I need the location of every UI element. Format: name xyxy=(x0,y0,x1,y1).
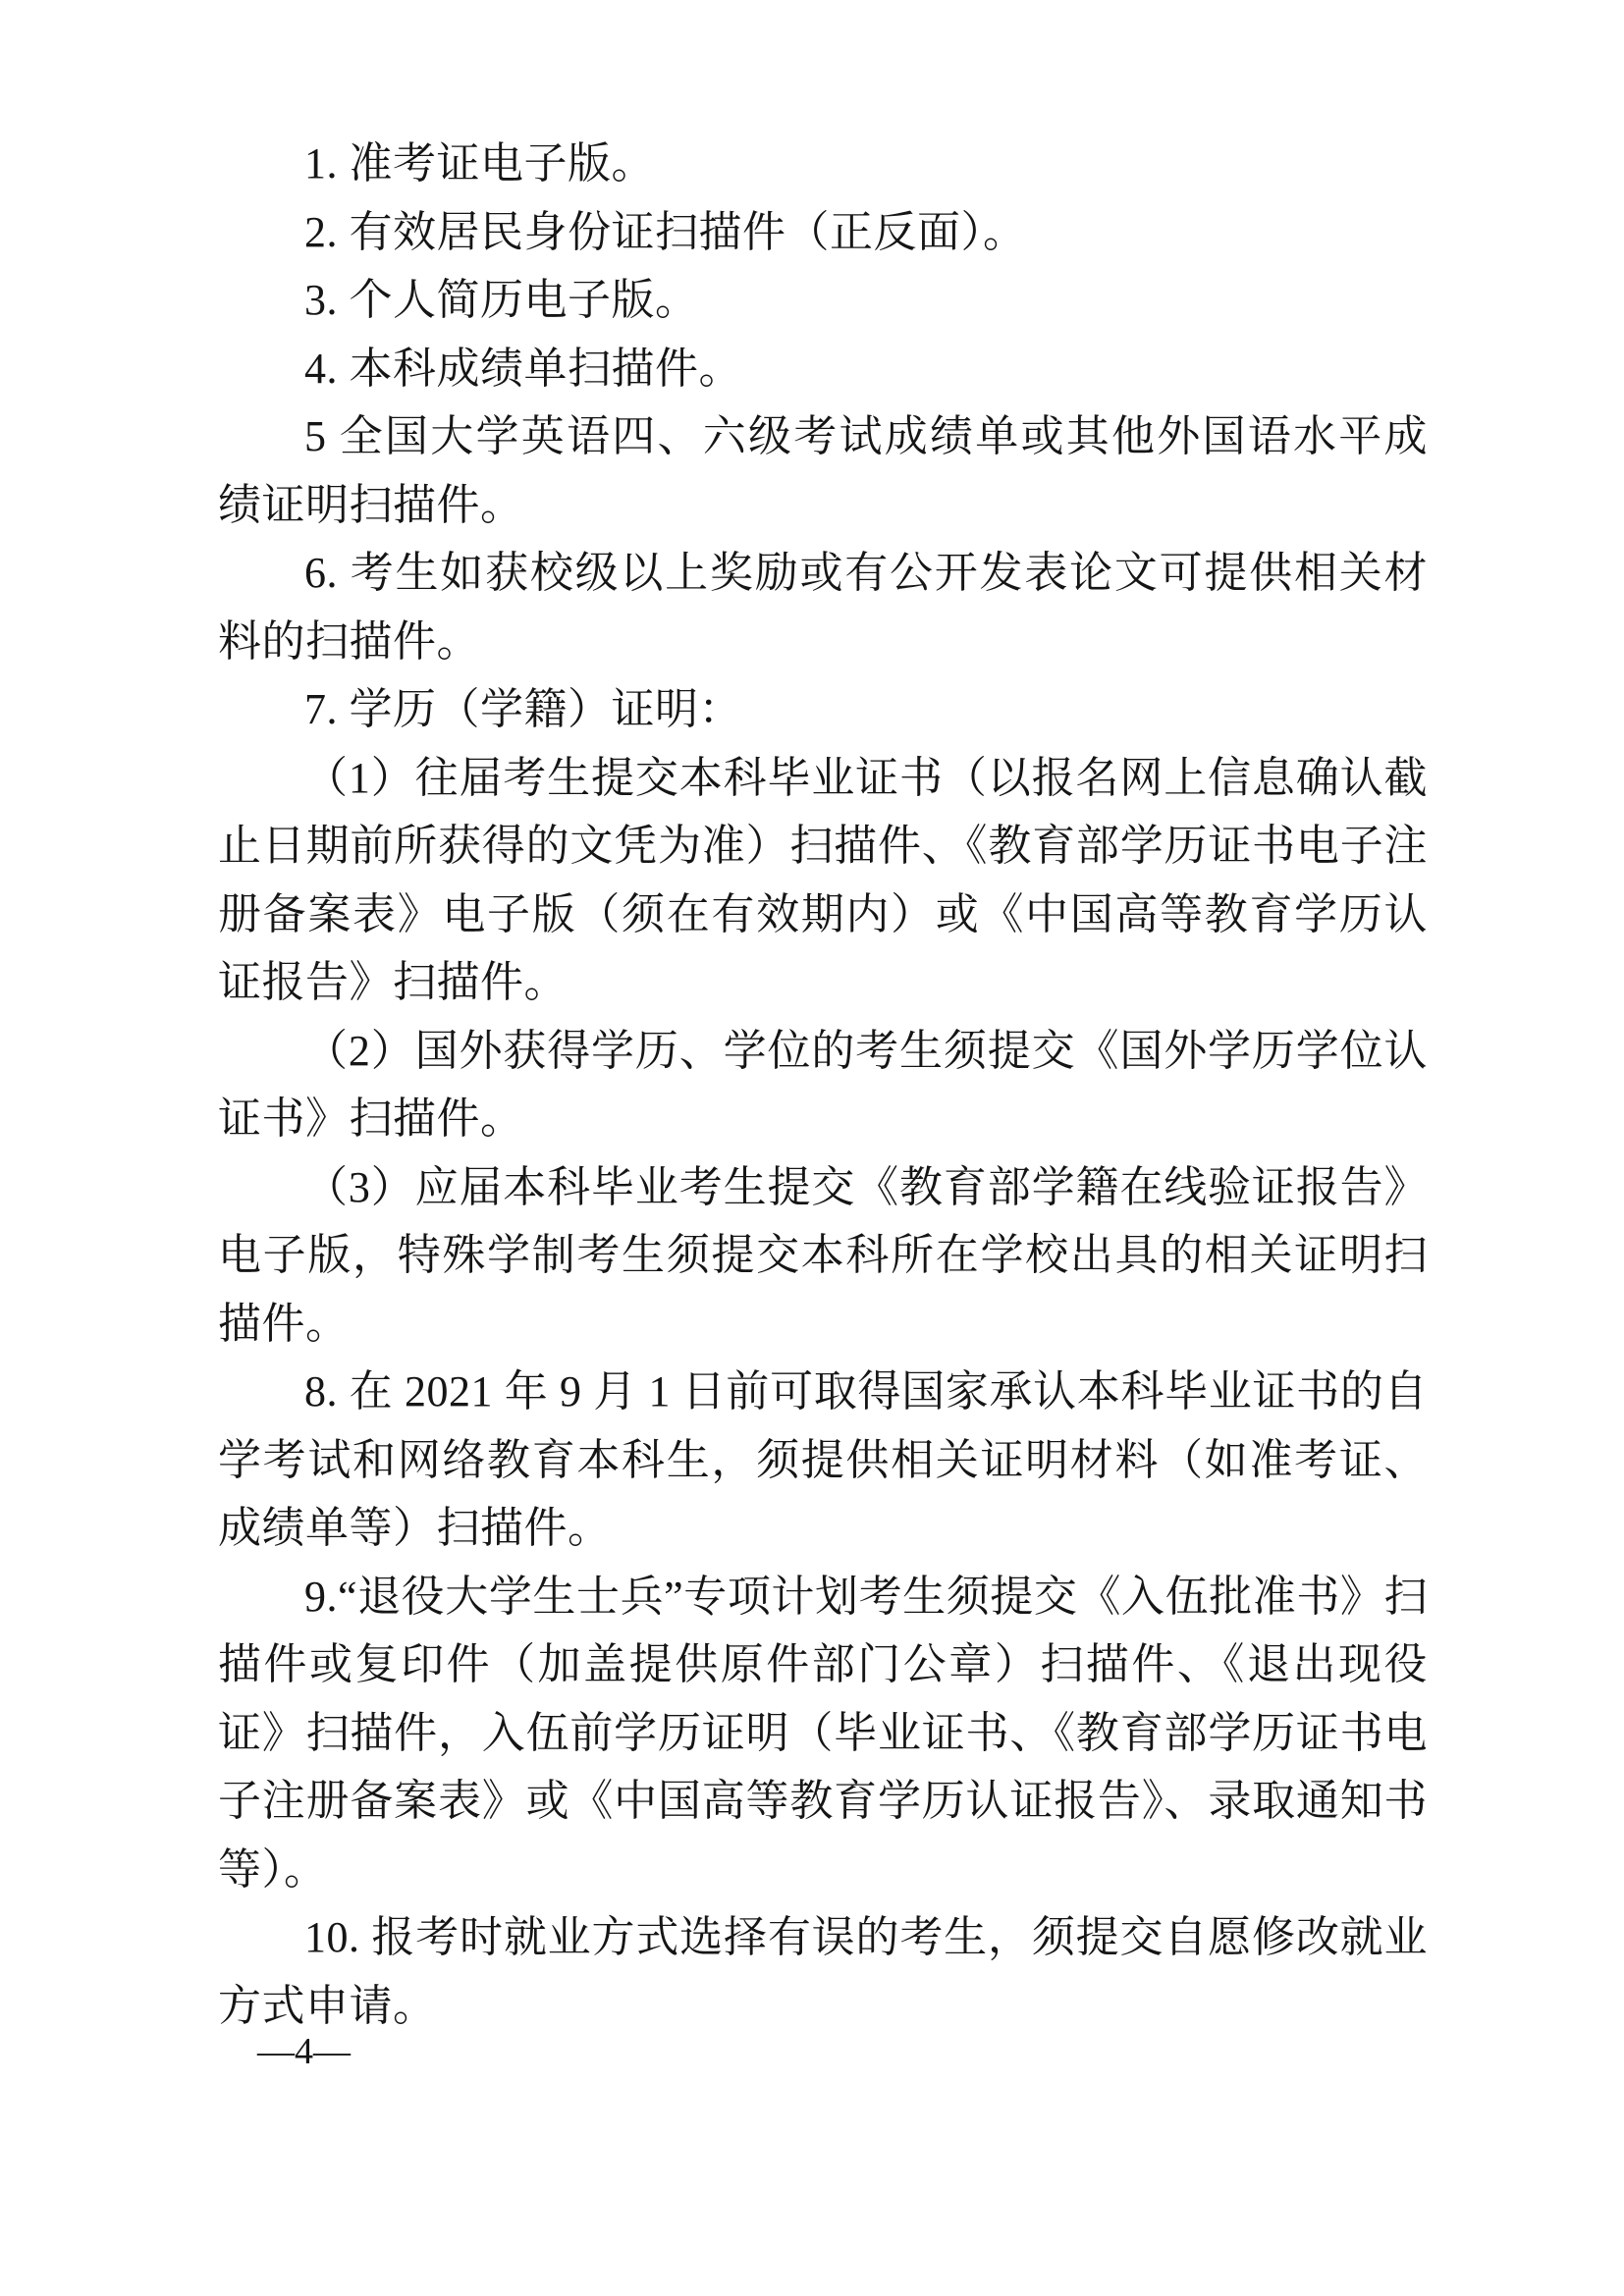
page-number: —4— xyxy=(257,2030,351,2073)
list-item-5: 5 全国大学英语四、六级考试成绩单或其他外国语水平成绩证明扫描件。 xyxy=(218,402,1428,539)
list-item-7-sub-2: （2）国外获得学历、学位的考生须提交《国外学历学位认证书》扫描件。 xyxy=(218,1017,1428,1153)
list-item-7-sub-3: （3）应届本科毕业考生提交《教育部学籍在线验证报告》电子版，特殊学制考生须提交本… xyxy=(218,1153,1428,1359)
document-page: 1. 准考证电子版。 2. 有效居民身份证扫描件（正反面）。 3. 个人简历电子… xyxy=(0,0,1624,2296)
document-body: 1. 准考证电子版。 2. 有效居民身份证扫描件（正反面）。 3. 个人简历电子… xyxy=(218,130,1428,2040)
list-item-3: 3. 个人简历电子版。 xyxy=(218,266,1428,335)
list-item-9: 9.“退役大学生士兵”专项计划考生须提交《入伍批准书》扫描件或复印件（加盖提供原… xyxy=(218,1563,1428,1904)
list-item-2: 2. 有效居民身份证扫描件（正反面）。 xyxy=(218,198,1428,267)
list-item-8: 8. 在 2021 年 9 月 1 日前可取得国家承认本科毕业证书的自学考试和网… xyxy=(218,1358,1428,1563)
list-item-6: 6. 考生如获校级以上奖励或有公开发表论文可提供相关材料的扫描件。 xyxy=(218,539,1428,675)
list-item-1: 1. 准考证电子版。 xyxy=(218,130,1428,198)
list-item-10: 10. 报考时就业方式选择有误的考生，须提交自愿修改就业方式申请。 xyxy=(218,1903,1428,2040)
list-item-4: 4. 本科成绩单扫描件。 xyxy=(218,335,1428,403)
list-item-7: 7. 学历（学籍）证明： xyxy=(218,675,1428,744)
list-item-7-sub-1: （1）往届考生提交本科毕业证书（以报名网上信息确认截止日期前所获得的文凭为准）扫… xyxy=(218,744,1428,1017)
